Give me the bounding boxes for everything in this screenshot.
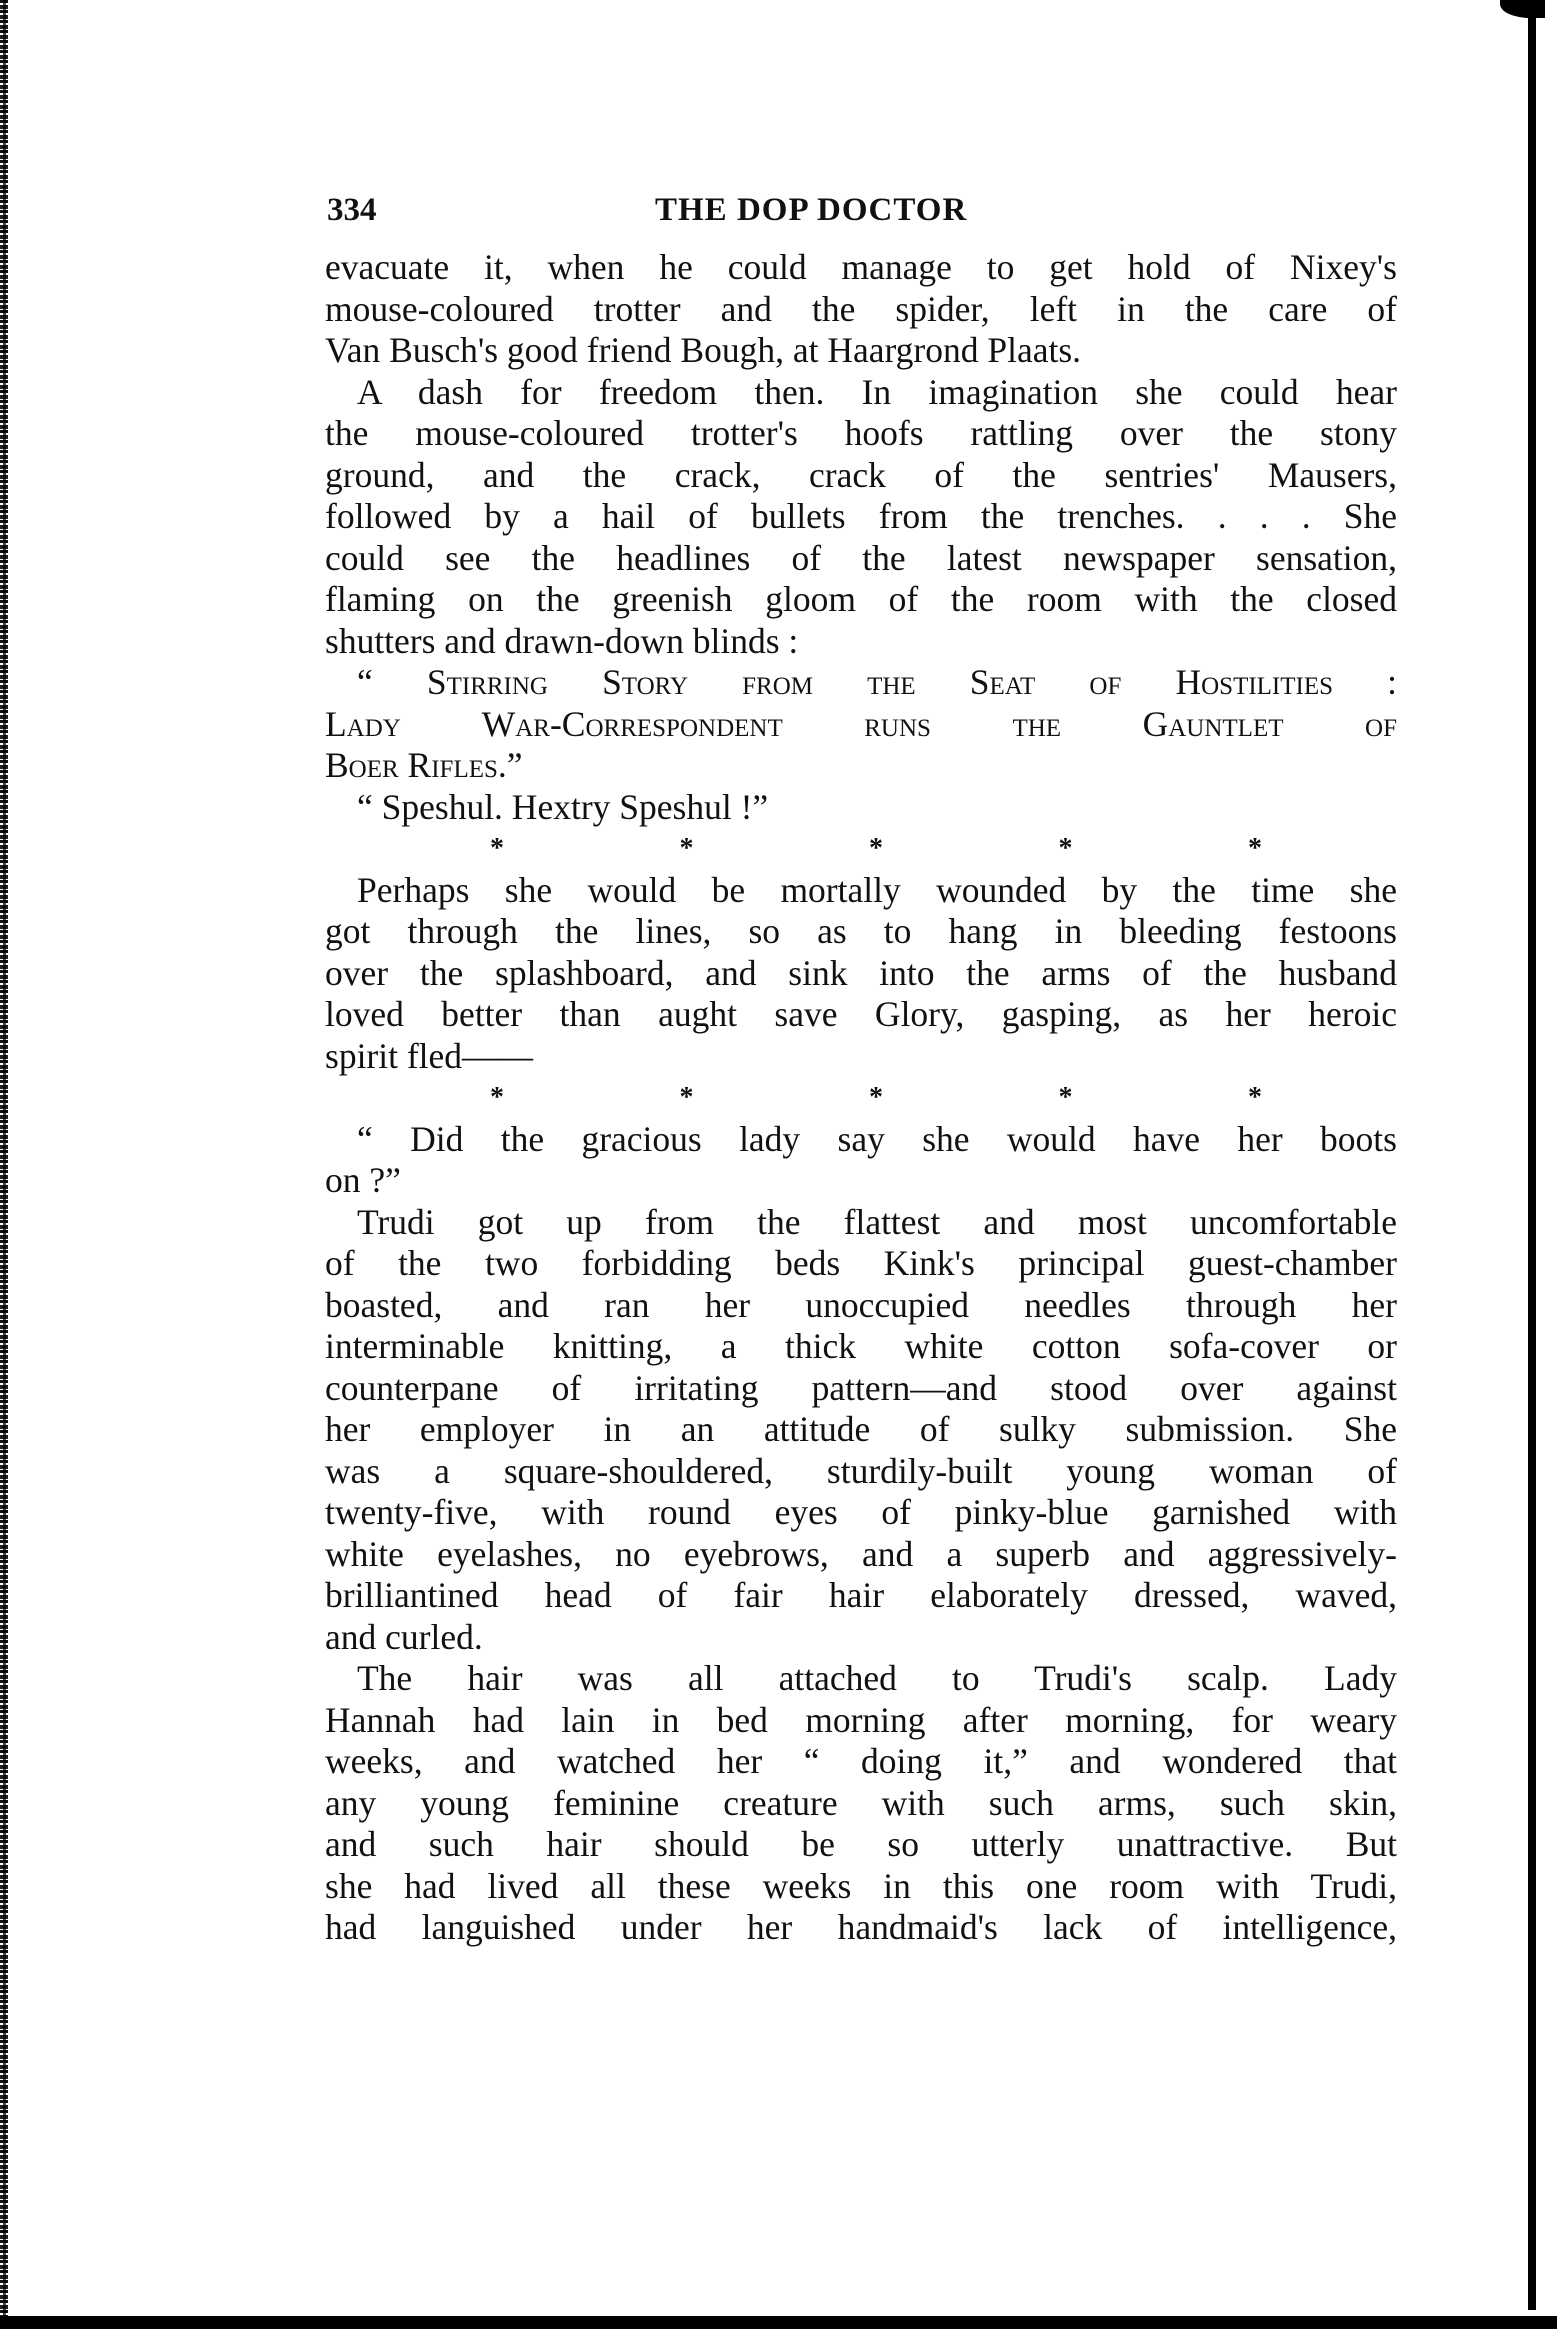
text-line: mouse-coloured trotter and the spider, l… [325,289,1397,331]
asterisk: * [1248,1077,1262,1119]
asterisk: * [869,828,883,870]
page-right-edge-border [1528,0,1536,2310]
running-header: 334 THE DOP DOCTOR [325,192,1397,236]
asterisk: * [680,1077,694,1119]
asterisk: * [869,1077,883,1119]
text-line: her employer in an attitude of sulky sub… [325,1409,1397,1451]
text-line: got through the lines, so as to hang in … [325,911,1397,953]
text-line: loved better than aught save Glory, gasp… [325,994,1397,1036]
page-corner-artifact [1500,0,1545,18]
page-left-edge-shadow [3,0,6,2329]
page-bottom-edge-border [0,2316,1557,2329]
text-line: brilliantined head of fair hair elaborat… [325,1575,1397,1617]
text-line: over the splashboard, and sink into the … [325,953,1397,995]
text-line: A dash for freedom then. In imagination … [325,372,1397,414]
asterisk: * [1059,1077,1073,1119]
section-break-asterisks: ***** [325,1077,1397,1119]
section-break-asterisks: ***** [325,828,1397,870]
text-line: Trudi got up from the flattest and most … [325,1202,1397,1244]
text-line: “ Did the gracious lady say she would ha… [325,1119,1397,1161]
text-line: weeks, and watched her “ doing it,” and … [325,1741,1397,1783]
text-line: Hannah had lain in bed morning after mor… [325,1700,1397,1742]
text-line: had languished under her handmaid's lack… [325,1907,1397,1949]
page-number: 334 [327,192,377,229]
asterisk: * [490,828,504,870]
body-text: evacuate it, when he could manage to get… [325,247,1397,1949]
text-line: on ?” [325,1160,1397,1202]
text-line: twenty-five, with round eyes of pinky-bl… [325,1492,1397,1534]
text-line: ground, and the crack, crack of the sent… [325,455,1397,497]
text-line: followed by a hail of bullets from the t… [325,496,1397,538]
text-line: of the two forbidding beds Kink's princi… [325,1243,1397,1285]
text-line: and curled. [325,1617,1397,1659]
text-line: Lady War-Correspondent runs the Gauntlet… [325,704,1397,746]
text-line: boasted, and ran her unoccupied needles … [325,1285,1397,1327]
text-line: and such hair should be so utterly unatt… [325,1824,1397,1866]
text-line: “ Speshul. Hextry Speshul !” [325,787,1397,829]
text-line: any young feminine creature with such ar… [325,1783,1397,1825]
text-line: Perhaps she would be mortally wounded by… [325,870,1397,912]
text-line: counterpane of irritating pattern—and st… [325,1368,1397,1410]
text-line: Boer Rifles.” [325,745,1397,787]
text-line: the mouse-coloured trotter's hoofs rattl… [325,413,1397,455]
running-title: THE DOP DOCTOR [655,192,967,229]
asterisk: * [1059,828,1073,870]
text-line: Van Busch's good friend Bough, at Haargr… [325,330,1397,372]
asterisk: * [1248,828,1262,870]
text-line: shutters and drawn-down blinds : [325,621,1397,663]
text-line: white eyelashes, no eyebrows, and a supe… [325,1534,1397,1576]
text-line: was a square-shouldered, sturdily-built … [325,1451,1397,1493]
text-line: could see the headlines of the latest ne… [325,538,1397,580]
text-line: The hair was all attached to Trudi's sca… [325,1658,1397,1700]
text-line: “ Stirring Story from the Seat of Hostil… [325,662,1397,704]
text-line: she had lived all these weeks in this on… [325,1866,1397,1908]
text-line: spirit fled—— [325,1036,1397,1078]
text-line: flaming on the greenish gloom of the roo… [325,579,1397,621]
text-line: interminable knitting, a thick white cot… [325,1326,1397,1368]
asterisk: * [680,828,694,870]
text-line: evacuate it, when he could manage to get… [325,247,1397,289]
asterisk: * [490,1077,504,1119]
